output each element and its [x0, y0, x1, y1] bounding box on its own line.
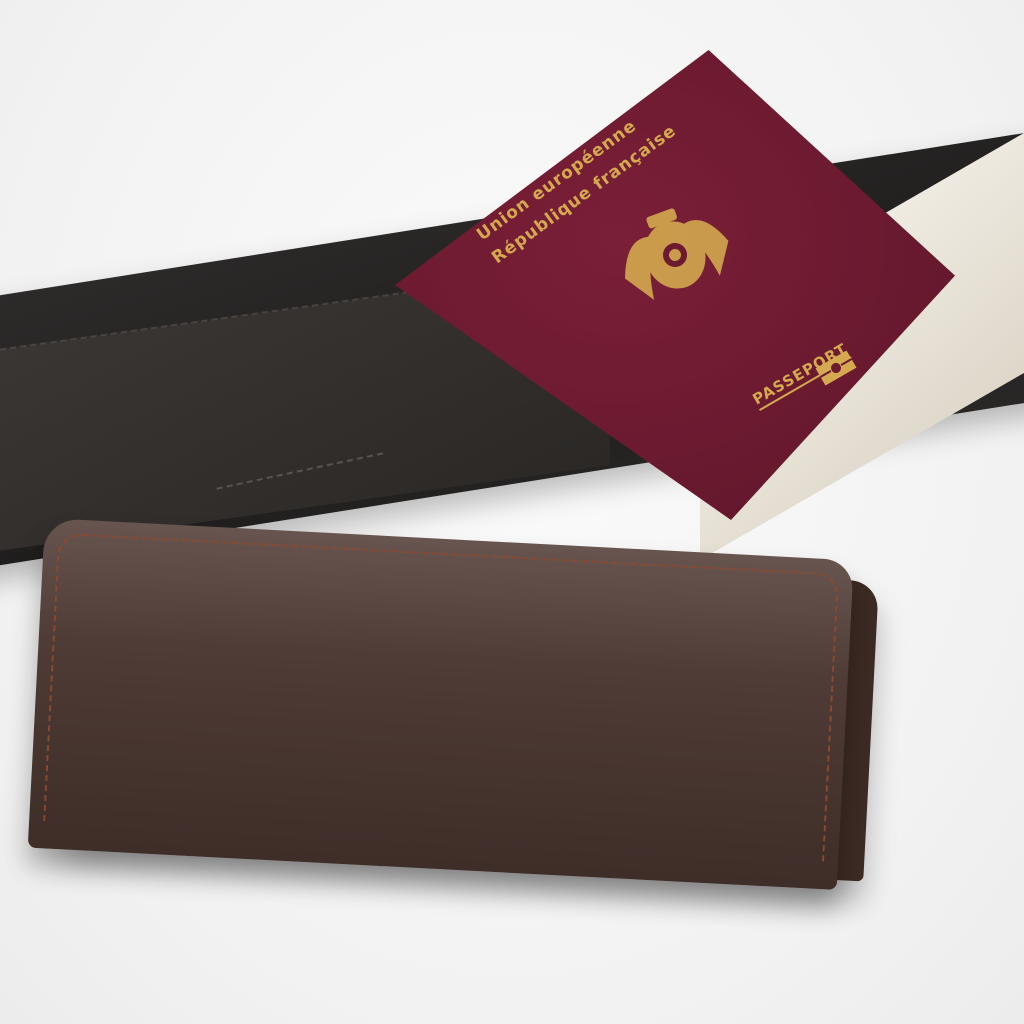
card-holder-stitching — [43, 533, 839, 864]
card-holder — [28, 518, 854, 890]
product-photo: Union européenne République française PA… — [0, 0, 1024, 1024]
